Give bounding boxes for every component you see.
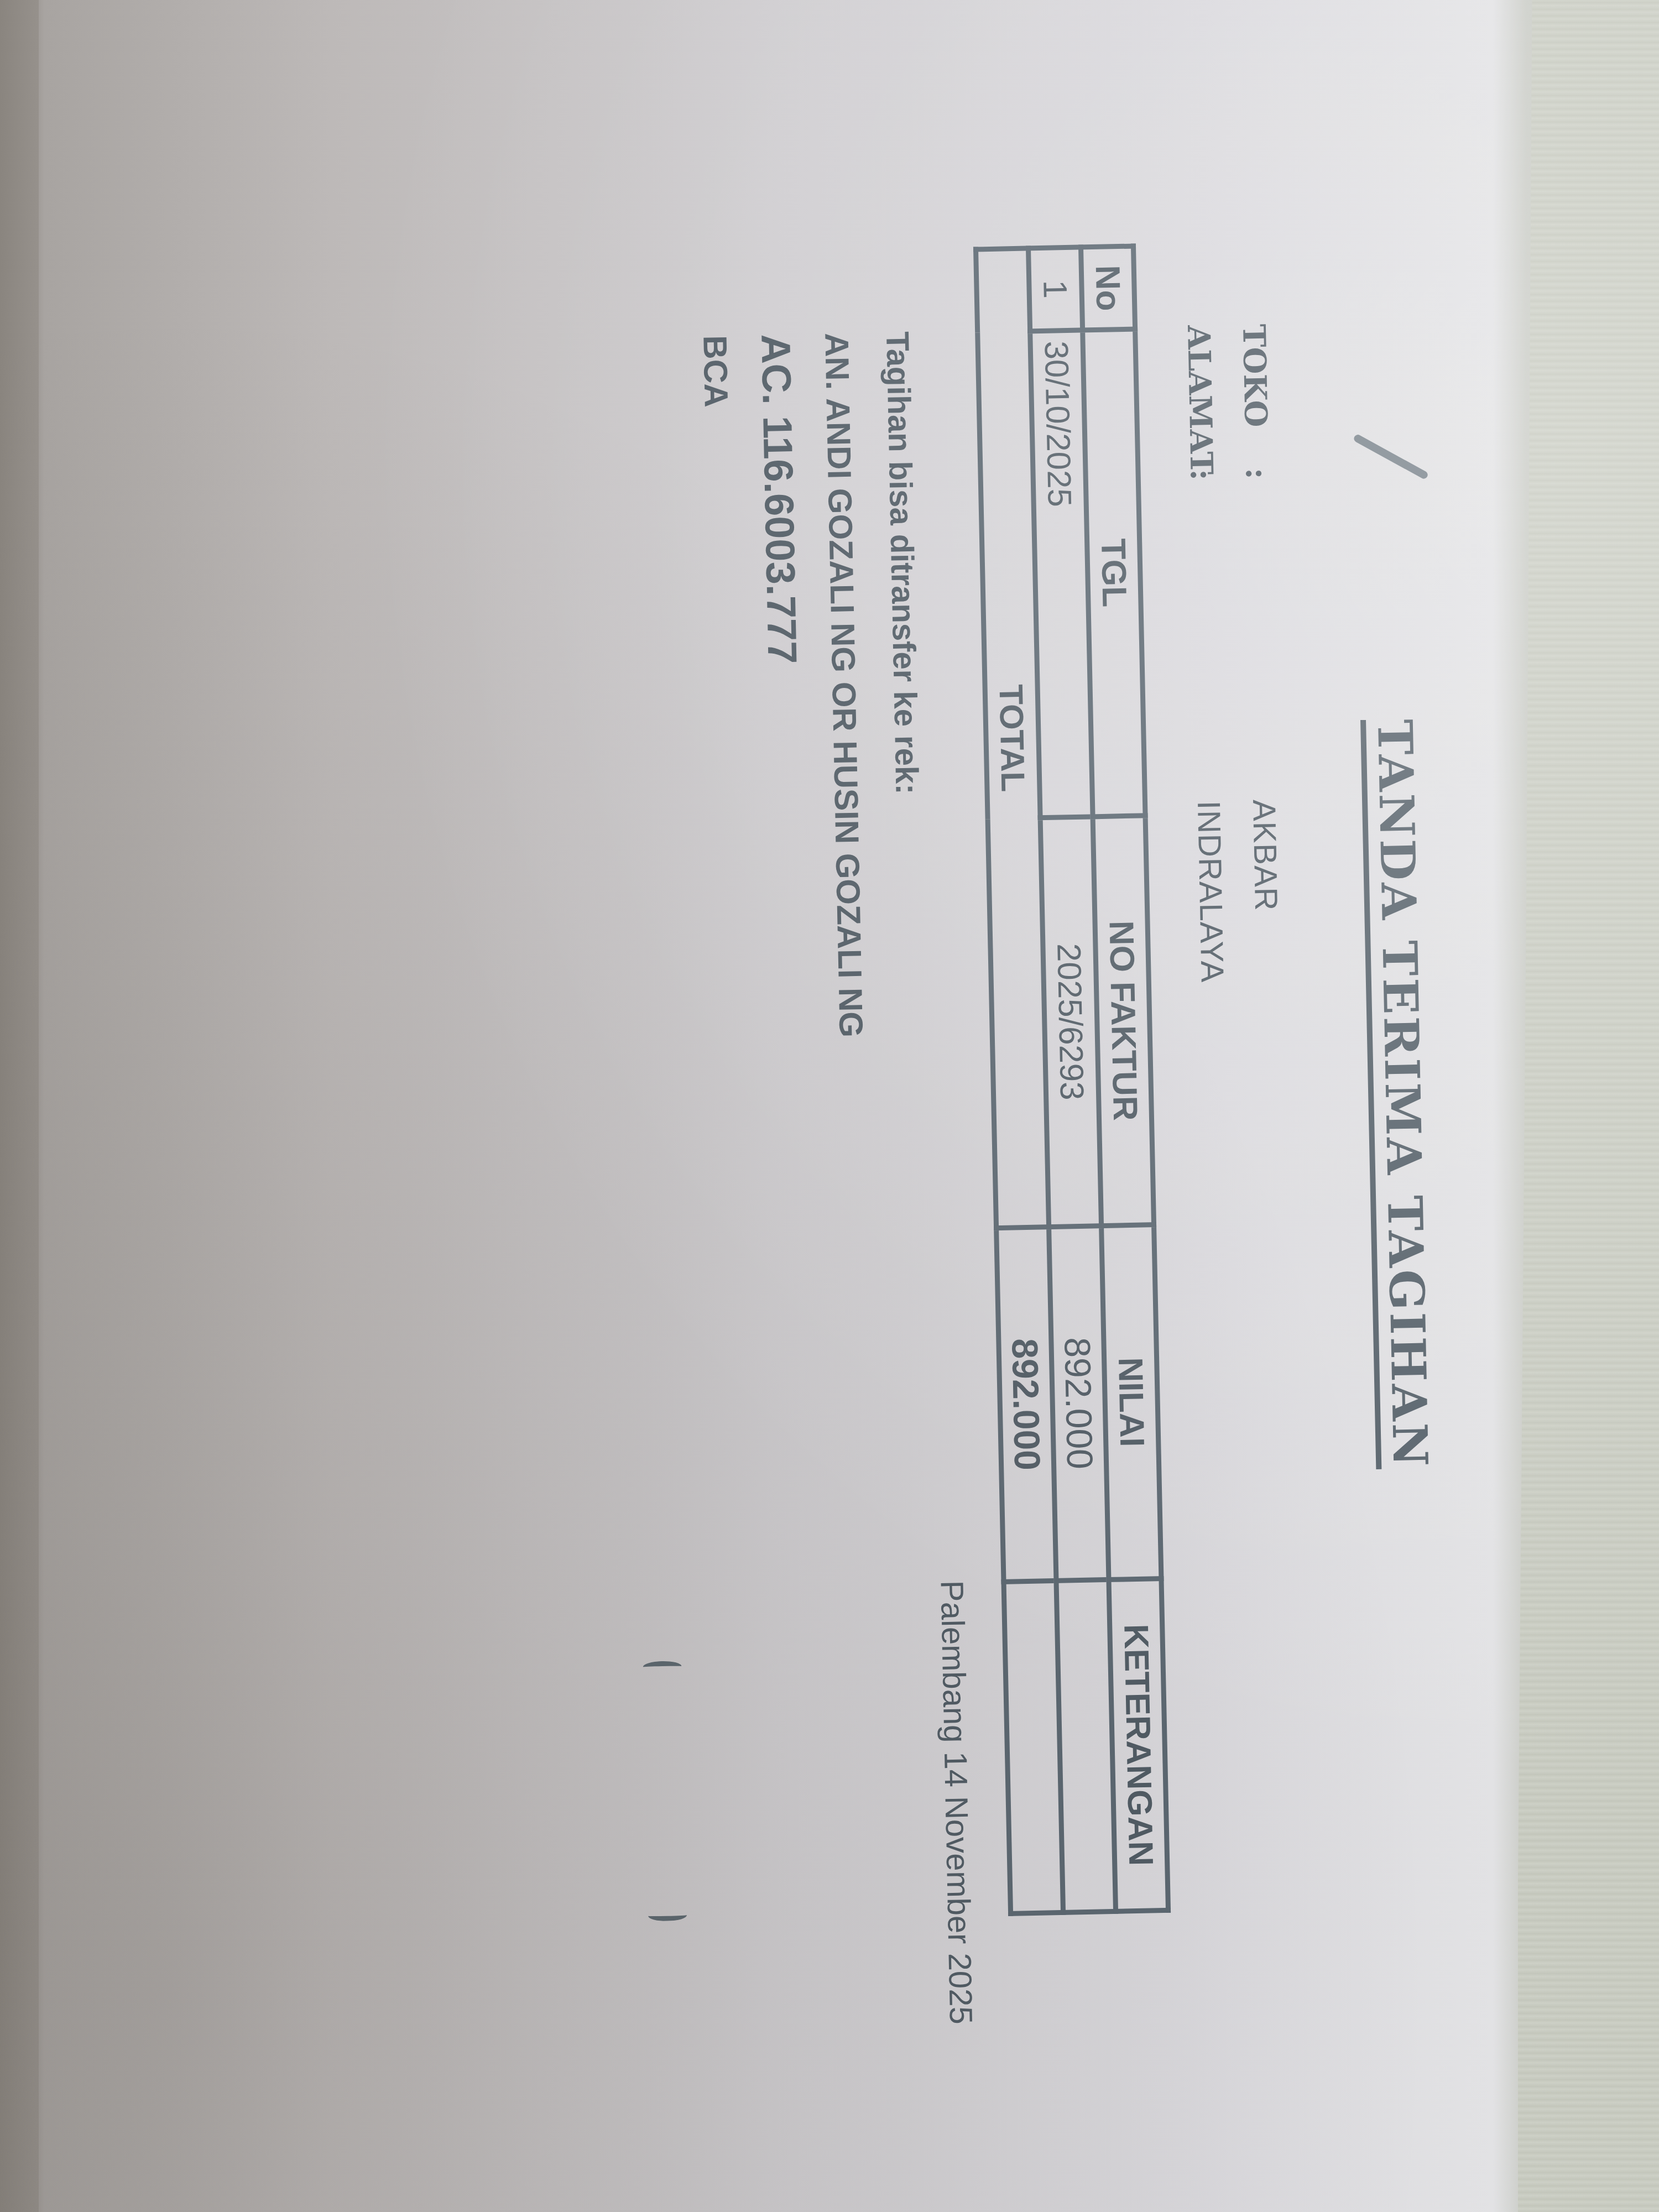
- cell-no-faktur: 2025/6293: [1040, 817, 1101, 1227]
- alamat-label: ALAMAT: [1171, 325, 1229, 469]
- alamat-colon: :: [1173, 468, 1229, 503]
- toko-label: TOKO: [1226, 324, 1284, 468]
- cell-tgl: 30/10/2025: [1030, 330, 1093, 818]
- check-mark-icon: [1353, 434, 1429, 481]
- table-surface-right: [1518, 0, 1659, 2212]
- table-surface-left: [0, 0, 39, 2212]
- header-no-faktur: NO FAKTUR: [1093, 816, 1154, 1226]
- toko-colon: :: [1229, 467, 1286, 546]
- total-keterangan: [1004, 1580, 1063, 1913]
- header-nilai: NILAI: [1102, 1225, 1161, 1580]
- cell-nilai: 892.000: [1049, 1226, 1109, 1581]
- cell-no: 1: [1029, 247, 1083, 331]
- signature-open-paren: [643, 1661, 681, 1672]
- signature-area: [618, 1647, 674, 1936]
- toko-value: AKBAR: [1230, 545, 1293, 912]
- alamat-value: INDRALAYA: [1175, 502, 1240, 983]
- header-tgl: TGL: [1083, 329, 1145, 817]
- payment-instructions: Tagihan bisa ditransfer ke rek: AN. ANDI…: [684, 331, 942, 1040]
- invoice-receipt-document: TANDA TERIMA TAGIHAN TOKO : AKBAR ALAMAT…: [304, 138, 1448, 1986]
- total-value: 892.000: [997, 1227, 1056, 1582]
- customer-info: TOKO : AKBAR ALAMAT : INDRALAYA: [1171, 324, 1295, 983]
- invoice-table: No TGL NO FAKTUR NILAI KETERANGAN 1 30/1…: [973, 243, 1171, 1916]
- header-keterangan: KETERANGAN: [1109, 1578, 1168, 1911]
- document-title: TANDA TERIMA TAGIHAN: [1366, 719, 1438, 1469]
- signature-close-paren: [648, 1910, 687, 1921]
- place-date: Palembang 14 November 2025: [933, 1580, 979, 2025]
- cell-keterangan: [1056, 1579, 1116, 1912]
- header-no: No: [1081, 246, 1135, 330]
